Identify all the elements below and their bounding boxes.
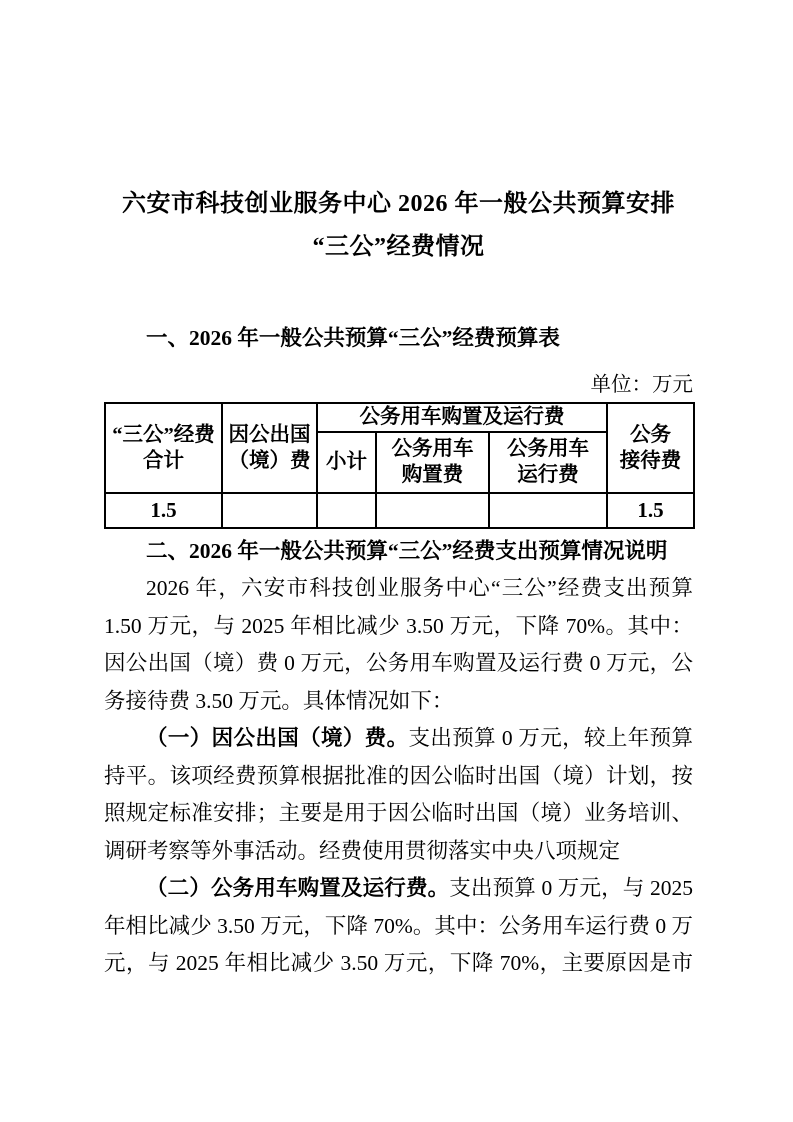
budget-table: “三公”经费 合计 因公出国 （境）费 公务用车购置及运行费 公务 接待费 小计… xyxy=(104,402,695,529)
body-line: 年相比减少 3.50 万元，下降 70%。其中：公务用车运行费 0 万 xyxy=(104,908,693,946)
body-line: 2026 年，六安市科技创业服务中心“三公”经费支出预算 xyxy=(104,570,693,608)
body-line: 调研考察等外事活动。经费使用贯彻落实中央八项规定 xyxy=(104,833,693,871)
body-run-bold: （一）因公出国（境）费。 xyxy=(146,726,409,750)
table-header-row-1: “三公”经费 合计 因公出国 （境）费 公务用车购置及运行费 公务 接待费 xyxy=(105,403,694,432)
body-line: 因公出国（境）费 0 万元，公务用车购置及运行费 0 万元，公 xyxy=(104,645,693,683)
data-cell-vehicle-operation xyxy=(489,493,607,528)
document-content: 六安市科技创业服务中心 2026 年一般公共预算安排 “三公”经费情况 一、20… xyxy=(104,0,693,983)
body-line: （二）公务用车购置及运行费。支出预算 0 万元，与 2025 xyxy=(104,870,693,908)
header-cell-vehicle-group: 公务用车购置及运行费 xyxy=(317,403,607,432)
body-line: 务接待费 3.50 万元。具体情况如下： xyxy=(104,683,693,721)
body-run: 支出预算 0 万元，较上年预算 xyxy=(409,726,693,750)
section2-heading: 二、2026 年一般公共预算“三公”经费支出预算情况说明 xyxy=(104,533,693,571)
body-run: 持平。该项经费预算根据批准的因公临时出国（境）计划，按 xyxy=(104,764,693,788)
data-cell-reception: 1.5 xyxy=(607,493,694,528)
data-cell-abroad xyxy=(222,493,317,528)
body-run: 1.50 万元，与 2025 年相比减少 3.50 万元，下降 70%。其中： xyxy=(104,614,693,638)
body-run: 调研考察等外事活动。经费使用贯彻落实中央八项规定 xyxy=(104,839,620,863)
body-run: 照规定标准安排；主要是用于因公临时出国（境）业务培训、 xyxy=(104,801,693,825)
body-run-bold: （二）公务用车购置及运行费。 xyxy=(146,876,449,900)
header-cell-vehicle-operation: 公务用车 运行费 xyxy=(489,432,607,493)
body-line: 元，与 2025 年相比减少 3.50 万元，下降 70%，主要原因是市 xyxy=(104,945,693,983)
body-run: 年相比减少 3.50 万元，下降 70%。其中：公务用车运行费 0 万 xyxy=(104,914,693,938)
section1-heading: 一、2026 年一般公共预算“三公”经费预算表 xyxy=(104,320,693,358)
body-run: 2026 年，六安市科技创业服务中心“三公”经费支出预算 xyxy=(146,576,693,600)
title-line-1: 六安市科技创业服务中心 2026 年一般公共预算安排 xyxy=(104,183,693,226)
header-cell-vehicle-purchase: 公务用车 购置费 xyxy=(376,432,489,493)
table-data-row: 1.5 1.5 xyxy=(105,493,694,528)
body-line: （一）因公出国（境）费。支出预算 0 万元，较上年预算 xyxy=(104,720,693,758)
section2-body: 2026 年，六安市科技创业服务中心“三公”经费支出预算1.50 万元，与 20… xyxy=(104,570,693,983)
body-line: 照规定标准安排；主要是用于因公临时出国（境）业务培训、 xyxy=(104,795,693,833)
body-run: 务接待费 3.50 万元。具体情况如下： xyxy=(104,689,453,713)
body-line: 持平。该项经费预算根据批准的因公临时出国（境）计划，按 xyxy=(104,758,693,796)
data-cell-total: 1.5 xyxy=(105,493,222,528)
body-run: 因公出国（境）费 0 万元，公务用车购置及运行费 0 万元，公 xyxy=(104,651,693,675)
header-cell-vehicle-subtotal: 小计 xyxy=(317,432,376,493)
unit-label: 单位：万元 xyxy=(104,369,693,402)
header-cell-abroad: 因公出国 （境）费 xyxy=(222,403,317,493)
data-cell-vehicle-purchase xyxy=(376,493,489,528)
header-cell-total: “三公”经费 合计 xyxy=(105,403,222,493)
body-run: 支出预算 0 万元，与 2025 xyxy=(449,876,693,900)
section2: 二、2026 年一般公共预算“三公”经费支出预算情况说明 2026 年，六安市科… xyxy=(104,533,693,983)
header-cell-reception: 公务 接待费 xyxy=(607,403,694,493)
document-page: 六安市科技创业服务中心 2026 年一般公共预算安排 “三公”经费情况 一、20… xyxy=(0,0,793,1122)
body-line: 1.50 万元，与 2025 年相比减少 3.50 万元，下降 70%。其中： xyxy=(104,608,693,646)
data-cell-vehicle-subtotal xyxy=(317,493,376,528)
title-line-2: “三公”经费情况 xyxy=(104,226,693,269)
body-run: 元，与 2025 年相比减少 3.50 万元，下降 70%，主要原因是市 xyxy=(104,951,693,975)
document-title: 六安市科技创业服务中心 2026 年一般公共预算安排 “三公”经费情况 xyxy=(104,183,693,269)
